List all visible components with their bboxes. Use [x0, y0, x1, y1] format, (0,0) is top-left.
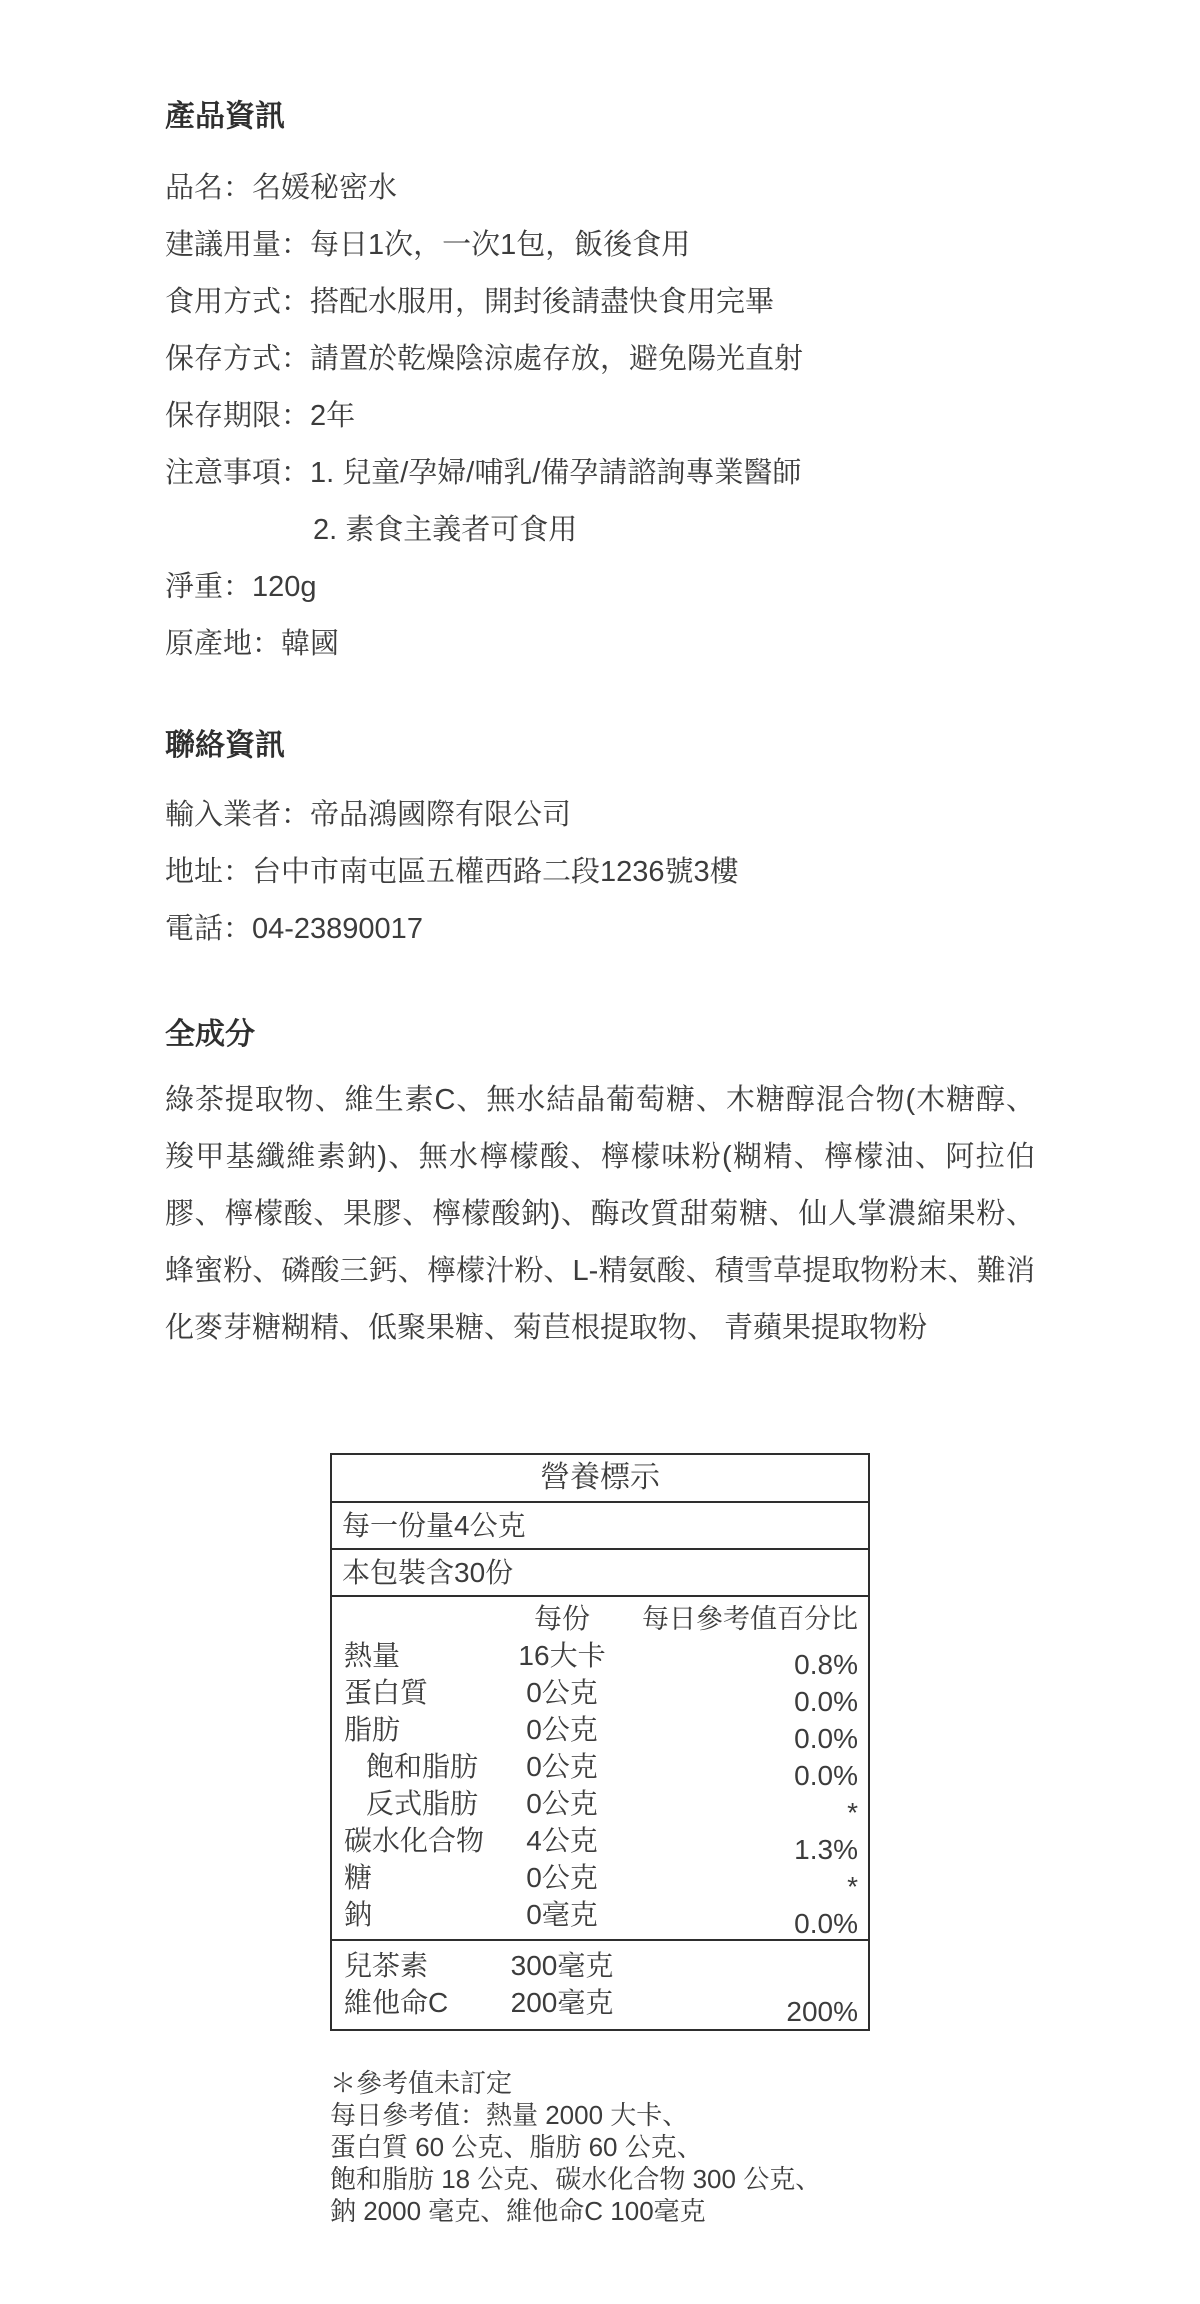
- nutrient-name: 反式脂肪: [332, 1785, 492, 1822]
- nutrient-pct: 200%: [632, 1984, 868, 2021]
- table-row-catechin: 兒茶素 300毫克: [332, 1947, 868, 1984]
- address-row: 地址：台中市南屯區五權西路二段1236號3樓: [165, 844, 1035, 901]
- nutrient-name: 脂肪: [332, 1711, 492, 1748]
- table-row-calories: 熱量 16大卡 0.8%: [332, 1637, 868, 1674]
- table-row-sodium: 鈉 0毫克 0.0%: [332, 1896, 868, 1933]
- footnote-line: 蛋白質 60 公克、脂肪 60 公克、: [330, 2131, 870, 2163]
- nutrient-pct: 0.0%: [632, 1896, 868, 1933]
- table-row-fat: 脂肪 0公克 0.0%: [332, 1711, 868, 1748]
- storage-method-row: 保存方式：請置於乾燥陰涼處存放，避免陽光直射: [165, 331, 1035, 388]
- table-row-trans-fat: 反式脂肪 0公克 *: [332, 1785, 868, 1822]
- nutrient-name: 碳水化合物: [332, 1822, 492, 1859]
- footnote-line: 飽和脂肪 18 公克、碳水化合物 300 公克、: [330, 2163, 870, 2195]
- importer-row: 輸入業者：帝品鴻國際有限公司: [165, 787, 1035, 844]
- per-serving-header: 每份: [492, 1601, 632, 1637]
- nutrient-amount: 16大卡: [492, 1637, 632, 1674]
- contact-info-heading: 聯絡資訊: [165, 725, 1035, 767]
- precautions-row-2: 2. 素食主義者可食用: [165, 502, 1035, 559]
- nutrient-pct: 1.3%: [632, 1822, 868, 1859]
- table-row-protein: 蛋白質 0公克 0.0%: [332, 1674, 868, 1711]
- nutrient-amount: 0公克: [492, 1785, 632, 1822]
- nutrition-column-headers: 每份 每日參考值百分比: [332, 1601, 868, 1637]
- nutrient-amount: 300毫克: [492, 1947, 632, 1984]
- contact-info-section: 聯絡資訊 輸入業者：帝品鴻國際有限公司 地址：台中市南屯區五權西路二段1236號…: [165, 725, 1035, 958]
- nutrient-pct: 0.8%: [632, 1637, 868, 1674]
- footnote-line: 鈉 2000 毫克、維他命C 100毫克: [330, 2195, 870, 2227]
- nutrient-amount: 0公克: [492, 1711, 632, 1748]
- footnote-line: ＊參考值未訂定: [330, 2067, 870, 2099]
- nutrition-footnotes: ＊參考值未訂定 每日參考值：熱量 2000 大卡、 蛋白質 60 公克、脂肪 6…: [330, 2067, 870, 2227]
- footnote-line: 每日參考值：熱量 2000 大卡、: [330, 2099, 870, 2131]
- nutrient-name: 飽和脂肪: [332, 1748, 492, 1785]
- nutrition-extra-section: 兒茶素 300毫克 維他命C 200毫克 200%: [332, 1939, 868, 2029]
- nutrient-amount: 0毫克: [492, 1896, 632, 1933]
- nutrient-name: 維他命C: [332, 1984, 492, 2021]
- table-row-sugar: 糖 0公克 *: [332, 1859, 868, 1896]
- net-weight-row: 淨重：120g: [165, 559, 1035, 616]
- table-row-vitamin-c: 維他命C 200毫克 200%: [332, 1984, 868, 2021]
- nutrient-pct: [632, 1947, 868, 1984]
- nutrient-amount: 0公克: [492, 1859, 632, 1896]
- ingredients-section: 全成分 綠茶提取物、維生素C、無水結晶葡萄糖、木糖醇混合物(木糖醇、羧甲基纖維素…: [165, 1014, 1035, 1357]
- nutrient-amount: 200毫克: [492, 1984, 632, 2021]
- origin-row: 原產地：韓國: [165, 616, 1035, 673]
- product-info-section: 產品資訊 品名：名媛秘密水 建議用量：每日1次，一次1包，飯後食用 食用方式：搭…: [165, 96, 1035, 673]
- suggested-dosage-row: 建議用量：每日1次，一次1包，飯後食用: [165, 217, 1035, 274]
- nutrient-amount: 0公克: [492, 1674, 632, 1711]
- nutrient-name: 糖: [332, 1859, 492, 1896]
- daily-pct-header: 每日參考值百分比: [632, 1601, 868, 1637]
- table-row-carbohydrate: 碳水化合物 4公克 1.3%: [332, 1822, 868, 1859]
- nutrition-table-title: 營養標示: [332, 1455, 868, 1503]
- servings-per-pack-row: 本包裝含30份: [332, 1550, 868, 1597]
- nutrient-name: 蛋白質: [332, 1674, 492, 1711]
- product-detail-page: 產品資訊 品名：名媛秘密水 建議用量：每日1次，一次1包，飯後食用 食用方式：搭…: [0, 0, 1200, 2227]
- serving-size-row: 每一份量4公克: [332, 1503, 868, 1550]
- nutrition-main-section: 每份 每日參考值百分比 熱量 16大卡 0.8% 蛋白質 0公克 0.0% 脂肪…: [332, 1597, 868, 1939]
- phone-row: 電話：04-23890017: [165, 901, 1035, 958]
- nutrient-name: 兒茶素: [332, 1947, 492, 1984]
- nutrient-name: 鈉: [332, 1896, 492, 1933]
- ingredients-text: 綠茶提取物、維生素C、無水結晶葡萄糖、木糖醇混合物(木糖醇、羧甲基纖維素鈉)、無…: [165, 1072, 1035, 1357]
- usage-method-row: 食用方式：搭配水服用，開封後請盡快食用完畢: [165, 274, 1035, 331]
- product-name-row: 品名：名媛秘密水: [165, 160, 1035, 217]
- nutrition-table: 營養標示 每一份量4公克 本包裝含30份 每份 每日參考值百分比 熱量 16大卡…: [330, 1453, 870, 2031]
- nutrient-amount: 0公克: [492, 1748, 632, 1785]
- precautions-row-1: 注意事項：1. 兒童/孕婦/哺乳/備孕請諮詢專業醫師: [165, 445, 1035, 502]
- nutrient-name: 熱量: [332, 1637, 492, 1674]
- nutrient-amount: 4公克: [492, 1822, 632, 1859]
- ingredients-heading: 全成分: [165, 1014, 1035, 1056]
- product-info-heading: 產品資訊: [165, 96, 1035, 138]
- table-row-saturated-fat: 飽和脂肪 0公克 0.0%: [332, 1748, 868, 1785]
- shelf-life-row: 保存期限：2年: [165, 388, 1035, 445]
